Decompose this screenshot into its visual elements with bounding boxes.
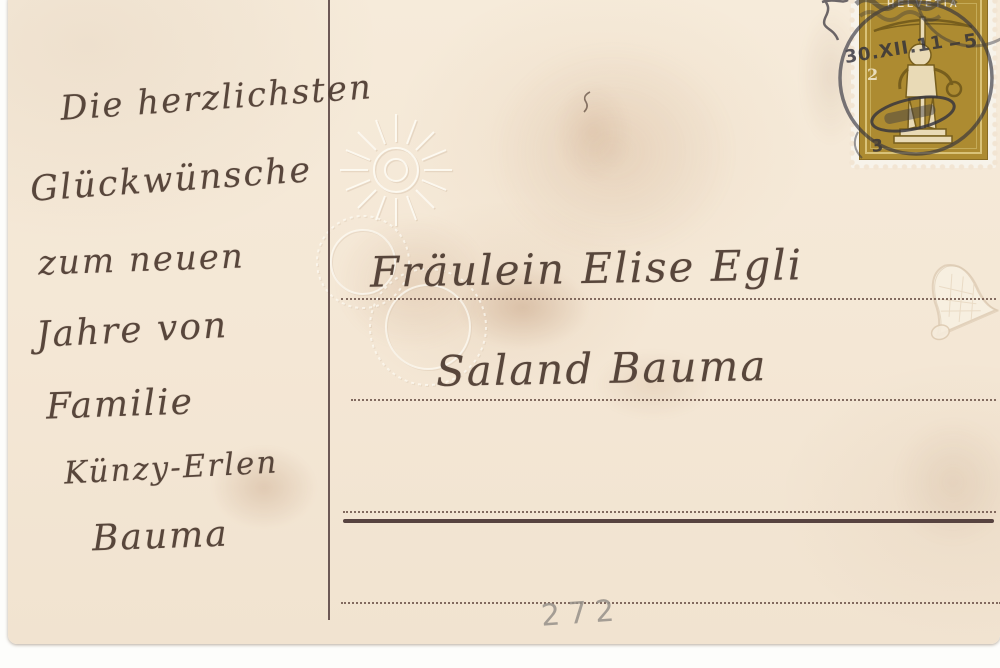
message-line: zum neuen — [37, 236, 245, 283]
address-recipient: Fräulein Elise Egli — [370, 240, 804, 297]
postmark-date: 30.XII.11 — [843, 32, 945, 68]
stain-blot — [478, 32, 748, 272]
address-dotted-line-4 — [341, 602, 1000, 604]
postmark-code: 3 — [870, 136, 884, 157]
postmark-town-illegible — [883, 103, 936, 125]
address-thick-rule — [343, 519, 994, 523]
address-dotted-line-3 — [343, 511, 996, 513]
message-line: Künzy-Erlen — [63, 444, 279, 491]
message-line: Bauma — [91, 514, 229, 560]
pencil-number: 272 — [540, 593, 624, 634]
postcard-paper: Die herzlichsten Glückwünsche zum neuen … — [8, 0, 1000, 644]
stain-blot — [548, 72, 638, 192]
postcard-scan: Die herzlichsten Glückwünsche zum neuen … — [0, 0, 1000, 668]
embossed-rosette-icon — [303, 207, 533, 437]
address-dotted-line-2 — [351, 399, 996, 401]
message-line: Glückwünsche — [29, 150, 313, 210]
message-line: Jahre von — [35, 305, 229, 356]
address-place: Saland Bauma — [436, 341, 768, 396]
stain-blot — [888, 412, 1000, 552]
message-line: Familie — [45, 381, 194, 427]
message-line: Die herzlichsten — [59, 67, 374, 129]
pen-squiggle-mark — [822, 0, 848, 40]
address-dotted-line-1 — [341, 298, 996, 300]
embossed-sun-icon — [316, 92, 476, 252]
postmark: 30.XII.11 5 3 — [798, 0, 1000, 197]
stray-ink-mark — [576, 88, 600, 116]
